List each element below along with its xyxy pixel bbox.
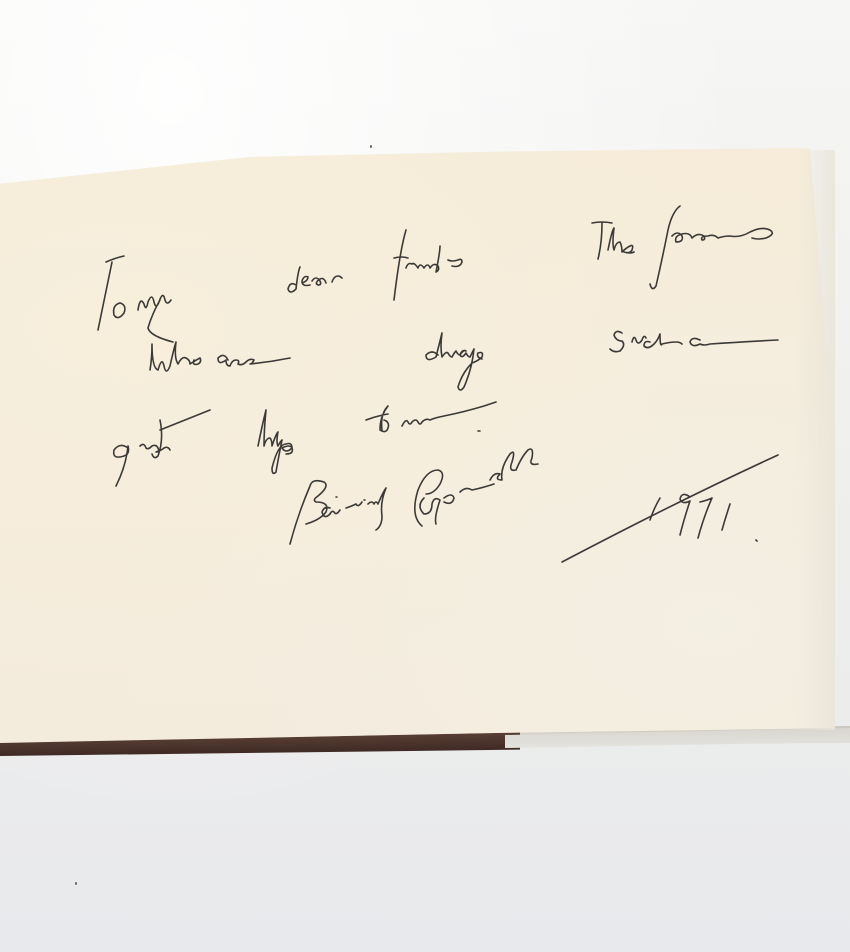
handwritten-inscription bbox=[0, 0, 850, 952]
photograph: To my dear friends The Jones who are alw… bbox=[0, 0, 850, 952]
